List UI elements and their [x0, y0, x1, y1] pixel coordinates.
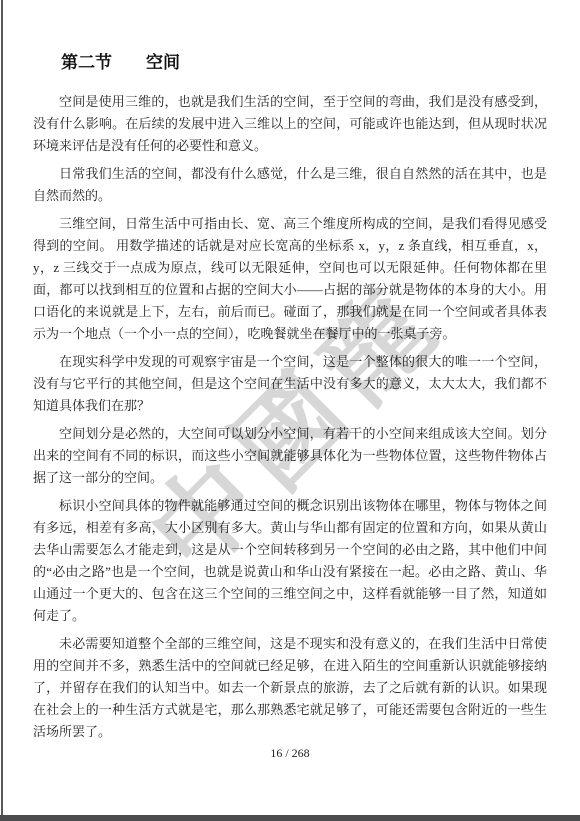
section-title-name: 空间 — [146, 53, 180, 72]
paragraph-5: 空间划分是必然的，大空间可以划分小空间，有若干的小空间来组成该大空间。划分出来的… — [33, 423, 547, 489]
section-title-number: 第二节 — [61, 53, 112, 72]
page-number: 16 / 268 — [0, 746, 580, 761]
document-page: 中國龍 第二节空间 空间是使用三维的，也就是我们生活的空间，至于空间的弯曲，我们… — [0, 0, 580, 821]
paragraph-1: 空间是使用三维的，也就是我们生活的空间，至于空间的弯曲，我们是没有感受到，没有什… — [33, 91, 547, 157]
paragraph-6: 标识小空间具体的物件就能够通过空间的概念识别出该物体在哪里，物体与物体之间有多远… — [33, 495, 547, 627]
section-title: 第二节空间 — [61, 53, 547, 73]
paragraph-7: 未必需要知道整个全部的三维空间，这是不现实和没有意义的，在我们生活中日常使用的空… — [33, 633, 547, 743]
page-bottom-edge-strip — [0, 815, 580, 821]
paragraph-3: 三维空间，日常生活中可指由长、宽、高三个维度所构成的空间，是我们看得见感受得到的… — [33, 213, 547, 345]
page-content: 第二节空间 空间是使用三维的，也就是我们生活的空间，至于空间的弯曲，我们是没有感… — [33, 53, 547, 749]
paragraph-2: 日常我们生活的空间，都没有什么感觉，什么是三维，很自自然然的活在其中，也是自然而… — [33, 163, 547, 207]
page-left-edge-line — [1, 0, 3, 821]
paragraph-4: 在现实科学中发现的可观察宇宙是一个空间，这是一个整体的很大的唯一一个空间，没有与… — [33, 351, 547, 417]
